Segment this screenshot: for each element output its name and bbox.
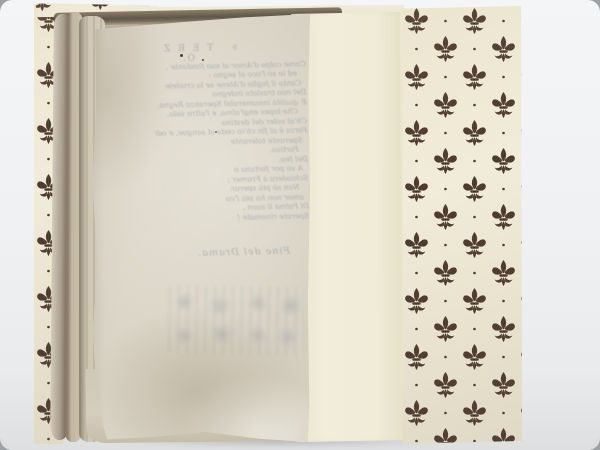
photo-background: 9T E R Z O. Come colpa d'Amor al suo fon…: [0, 0, 600, 450]
bleed-lines: Come colpa d'Amor al suo fondante ,ed io…: [154, 59, 310, 224]
ink-speck: [215, 131, 217, 133]
ink-speck: [202, 59, 204, 61]
cover-right: [402, 6, 522, 444]
ink-speck: [180, 54, 183, 57]
main-page: 9T E R Z O. Come colpa d'Amor al suo fon…: [74, 14, 310, 442]
bleed-header-mark: 9: [230, 44, 237, 52]
colophon-line: Fine del Drama.: [158, 247, 290, 259]
bleed-through-text-block: 9T E R Z O. Come colpa d'Amor al suo fon…: [153, 42, 310, 285]
bleed-header-text: T E R Z O.: [153, 44, 221, 65]
paper-aging-overlay: [402, 6, 522, 444]
bleed-header: 9T E R Z O.: [153, 42, 305, 55]
bleed-line: Sperate rinomate !: [157, 211, 309, 224]
ornament-showthrough: [167, 285, 304, 355]
